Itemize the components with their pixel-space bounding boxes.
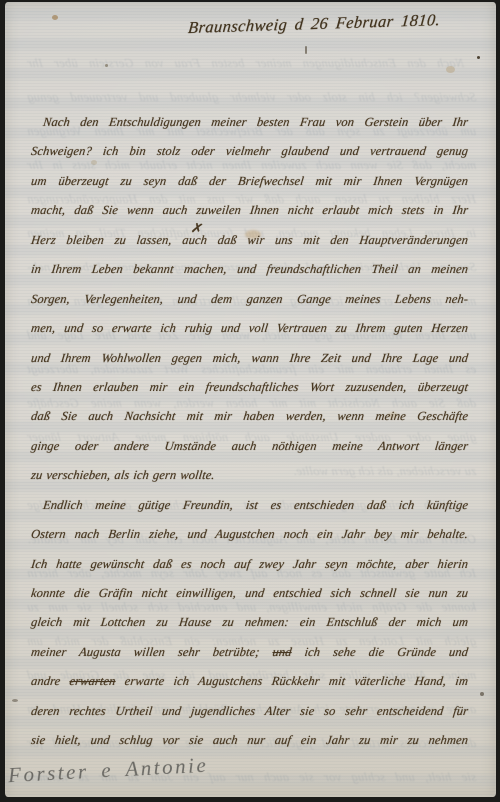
handwritten-line: meiner Augusta willen sehr betrübte; und… <box>29 638 470 667</box>
line-text: Ostern nach Berlin ziehe, und Augustchen… <box>30 527 469 541</box>
letter-body: Nach den Entschuldigungen meiner besten … <box>31 108 468 756</box>
line-text: men, und so erwarte ich ruhig und voll V… <box>30 321 469 335</box>
handwritten-line: andre erwarten erwarte ich Augustchens R… <box>29 667 470 696</box>
ghost-line: Nach den Entschuldigungen meiner besten … <box>25 46 478 80</box>
handwritten-line: Endlich meine gütige Freundin, ist es en… <box>29 491 470 520</box>
struck-word: erwarten <box>69 674 117 688</box>
foxing-spot <box>446 66 455 73</box>
handwritten-line: deren rechtes Urtheil und jugendliches A… <box>29 697 470 726</box>
handwritten-line: gleich mit Lottchen zu Hause zu nehmen: … <box>29 608 470 637</box>
line-text: macht, daß Sie wenn auch zuweilen Ihnen … <box>30 203 469 217</box>
line-text: es Ihnen erlauben mir ein freundschaftli… <box>30 380 469 394</box>
line-text: erwarte ich Augustchens Rückkehr mit vät… <box>115 674 469 688</box>
date-descender-stroke <box>305 46 307 54</box>
line-text: Schweigen? ich bin stolz oder vielmehr g… <box>30 144 469 158</box>
line-text: in Ihrem Leben bekannt machen, und freun… <box>30 262 469 276</box>
line-text: ich sehe die Gründe und <box>291 645 469 659</box>
handwritten-line: Herz bleiben zu lassen, auch daß wir uns… <box>29 226 470 255</box>
line-text: Endlich meine gütige Freundin, ist es en… <box>42 498 469 512</box>
handwritten-line: ginge oder andere Umstände auch nöthigen… <box>29 432 470 461</box>
line-text: zu verschieben, als ich gern wollte. <box>30 468 215 482</box>
edge-smudge <box>12 699 18 702</box>
line-text: ginge oder andere Umstände auch nöthigen… <box>30 439 469 453</box>
handwritten-line: Sorgen, Verlegenheiten, und dem ganzen G… <box>29 285 470 314</box>
line-text: Nach den Entschuldigungen meiner besten … <box>42 115 469 129</box>
line-text: daß Sie auch Nachsicht mit mir haben wer… <box>30 409 469 423</box>
handwritten-line: Ostern nach Berlin ziehe, und Augustchen… <box>29 520 470 549</box>
handwritten-line: um überzeugt zu seyn daß der Briefwechse… <box>29 167 470 196</box>
line-text: deren rechtes Urtheil und jugendliches A… <box>30 704 469 718</box>
handwritten-line: Schweigen? ich bin stolz oder vielmehr g… <box>29 137 470 166</box>
line-text: um überzeugt zu seyn daß der Briefwechse… <box>30 174 469 188</box>
handwritten-line: und Ihrem Wohlwollen gegen mich, wann Ih… <box>29 344 470 373</box>
line-text: sie hielt, und schlug vor sie auch nur a… <box>30 733 469 747</box>
line-text: meiner Augusta willen sehr betrübte; <box>30 645 273 659</box>
handwritten-line: zu verschieben, als ich gern wollte. <box>29 461 470 490</box>
line-text: andre <box>30 674 70 688</box>
line-text: Sorgen, Verlegenheiten, und dem ganzen G… <box>30 292 469 306</box>
scanned-letter-photo: { "scan": { "background_color": "#1b1b19… <box>0 0 500 802</box>
handwritten-line: sie hielt, und schlug vor sie auch nur a… <box>29 726 470 755</box>
handwritten-line: daß Sie auch Nachsicht mit mir haben wer… <box>29 402 470 431</box>
handwritten-line: konnte die Gräfin nicht einwilligen, und… <box>29 579 470 608</box>
struck-word: und <box>272 645 293 659</box>
line-text: gleich mit Lottchen zu Hause zu nehmen: … <box>30 615 469 629</box>
ink-speck <box>480 692 484 696</box>
handwritten-line: in Ihrem Leben bekannt machen, und freun… <box>29 255 470 284</box>
line-text: Herz bleiben zu lassen, auch daß wir uns… <box>30 233 469 247</box>
line-text: Ich hatte gewünscht daß es noch auf zwey… <box>30 557 469 571</box>
foxing-spot <box>52 15 58 20</box>
ink-speck <box>105 64 108 67</box>
handwritten-line: Nach den Entschuldigungen meiner besten … <box>29 108 470 137</box>
line-text: konnte die Gräfin nicht einwilligen, und… <box>30 586 469 600</box>
handwritten-line: Ich hatte gewünscht daß es noch auf zwey… <box>29 550 470 579</box>
letter-page: Nach den Entschuldigungen meiner besten … <box>5 2 496 797</box>
handwritten-line: macht, daß Sie wenn auch zuweilen Ihnen … <box>29 196 470 225</box>
handwritten-line: es Ihnen erlauben mir ein freundschaftli… <box>29 373 470 402</box>
handwritten-line: men, und so erwarte ich ruhig und voll V… <box>29 314 470 343</box>
line-text: und Ihrem Wohlwollen gegen mich, wann Ih… <box>30 351 469 365</box>
ink-speck <box>477 56 480 59</box>
